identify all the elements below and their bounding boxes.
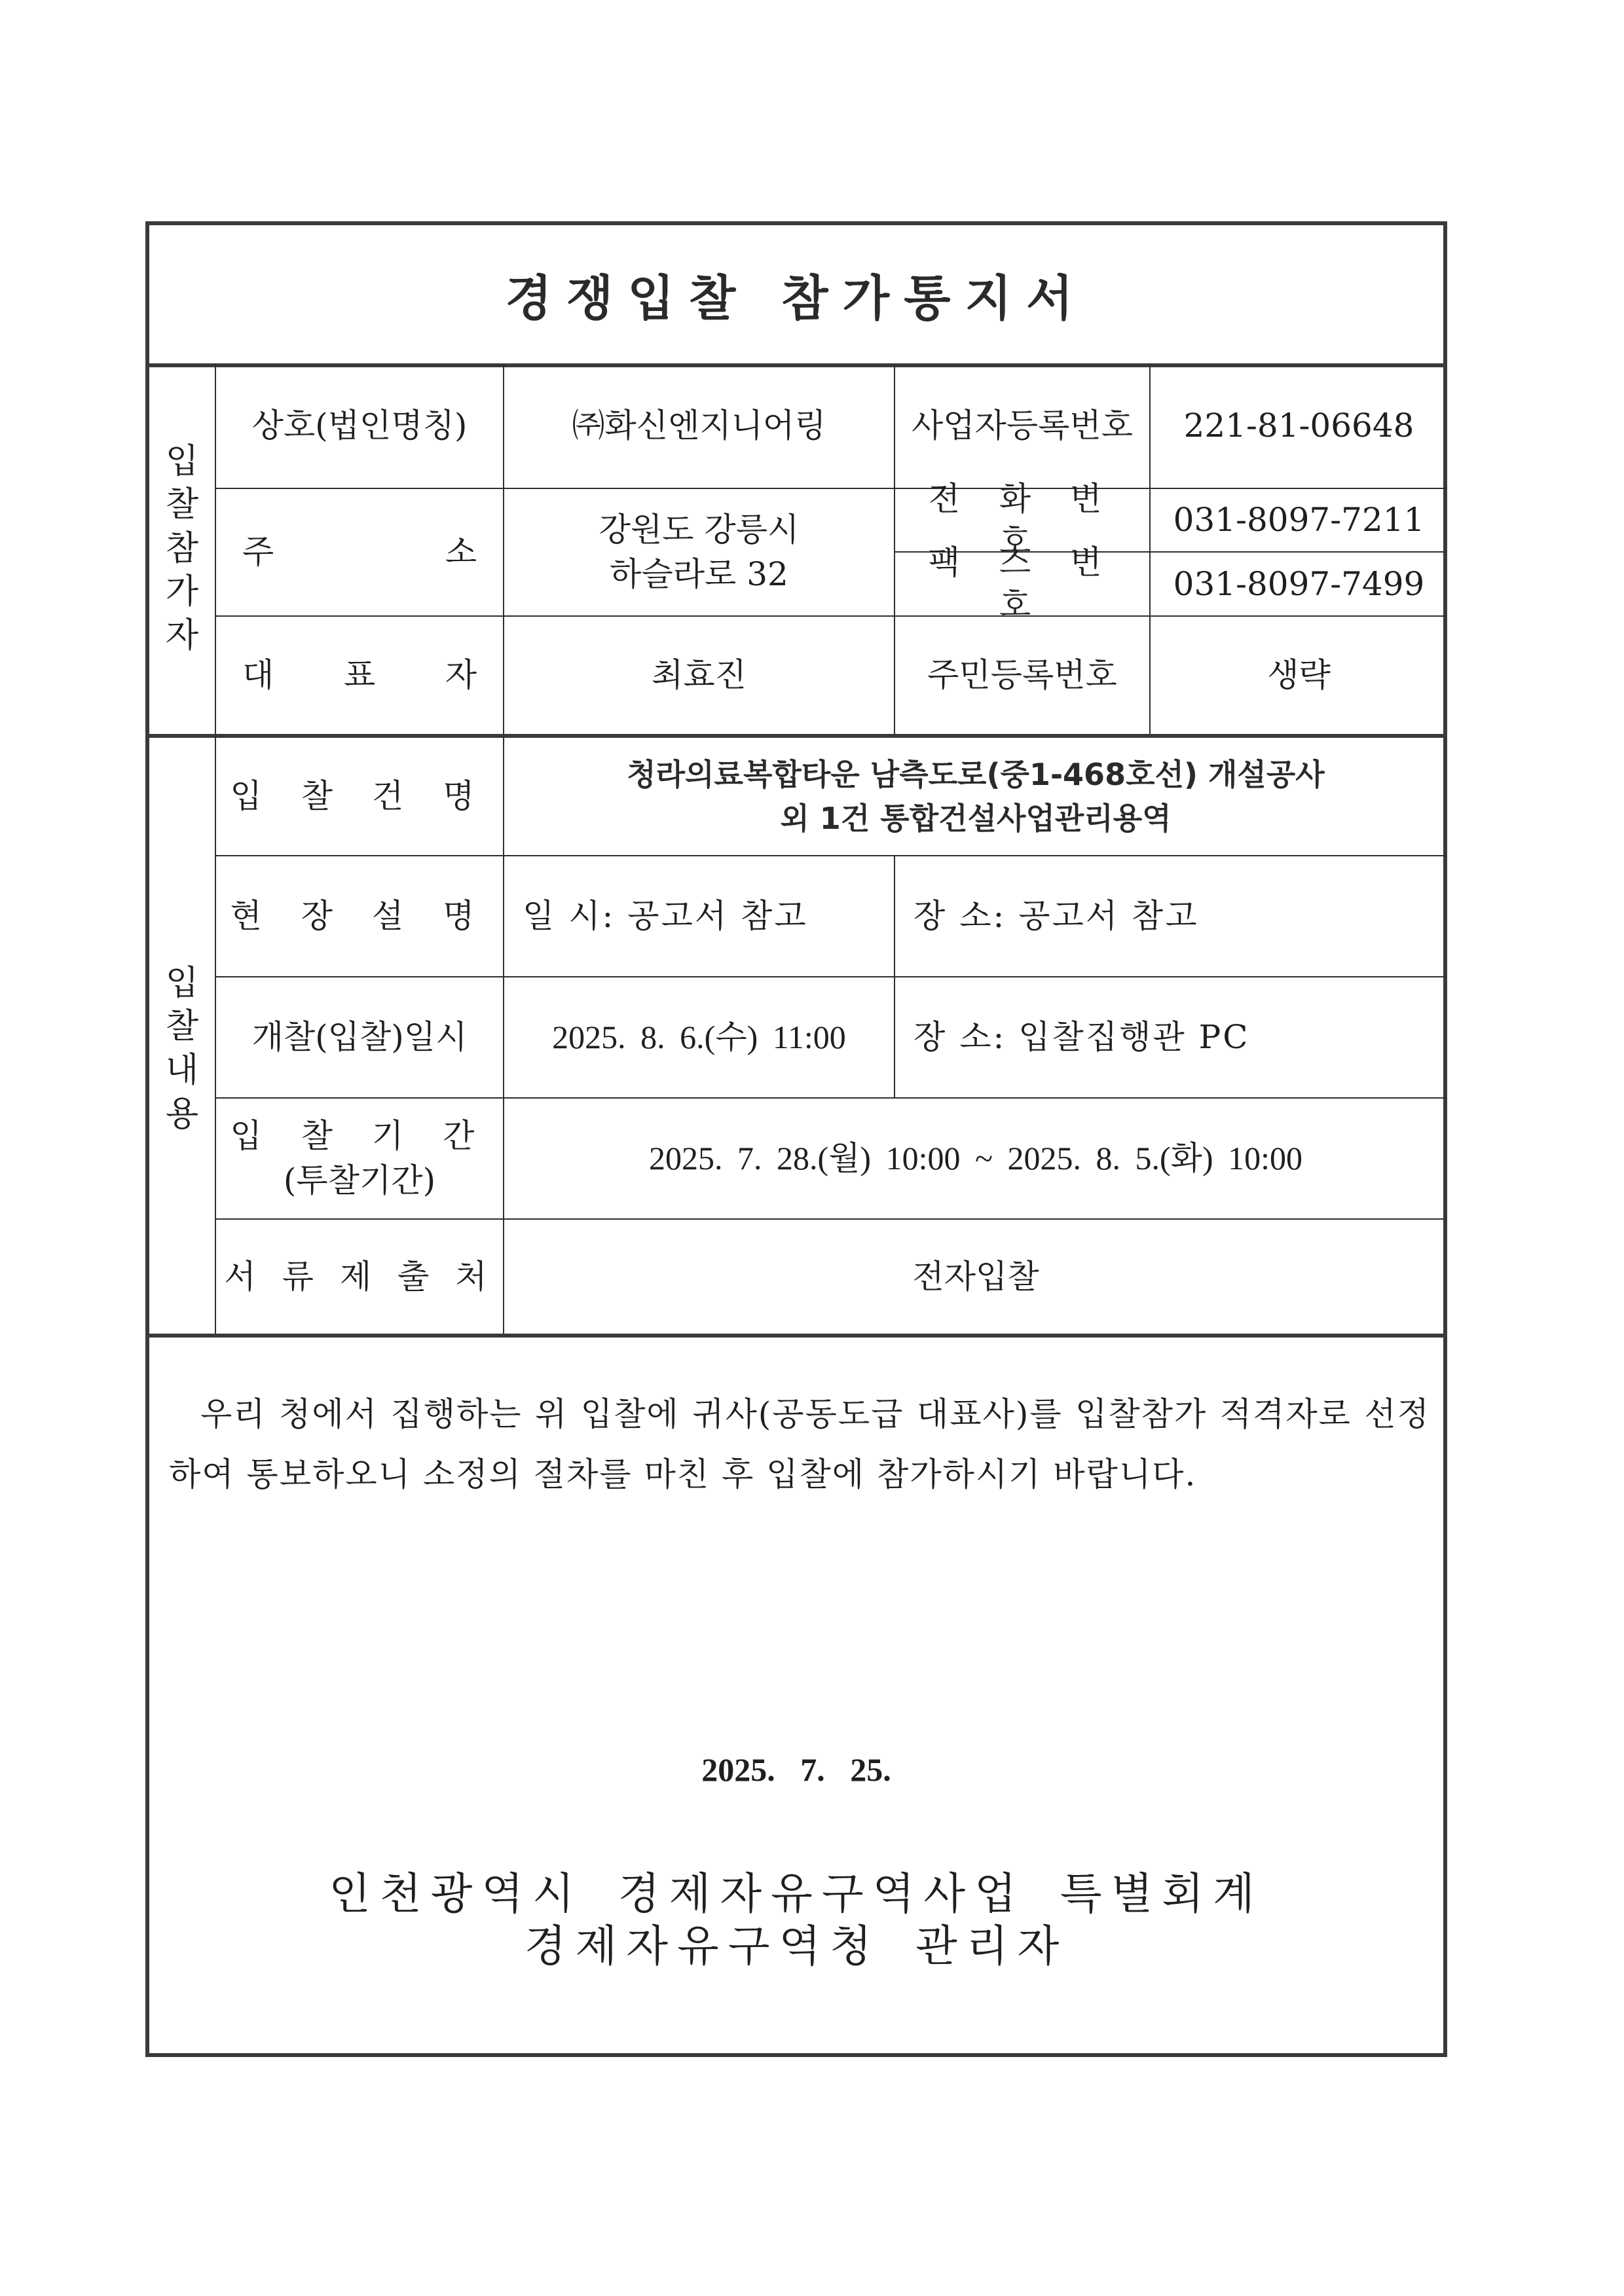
issue-date: 2025. 7. 25. <box>149 1751 1443 1789</box>
bid-notice-form: 경쟁입찰 참가통지서 입 찰 참 가 자 상호(법인명칭) ㈜화신엔지니어링 사… <box>145 221 1447 2057</box>
address-line-1: 강원도 강릉시 <box>599 508 800 553</box>
fax-label: 팩 스 번 호 <box>894 551 1149 615</box>
issuer-line-2: 경제자유구역청 관리자 <box>149 1911 1443 1973</box>
address-value: 강원도 강릉시 하슬라로 32 <box>503 488 894 615</box>
section-char: 찰 <box>166 483 198 527</box>
bid-period-label-line-1: 입 찰 기 간 <box>231 1114 489 1159</box>
bid-section-label: 입 찰 내 용 <box>149 734 215 1334</box>
opening-datetime-value: 2025. 8. 6.(수) 11:00 <box>503 976 894 1097</box>
site-briefing-label: 현 장 설 명 <box>215 855 503 976</box>
bid-period-value: 2025. 7. 28.(월) 10:00 ~ 2025. 8. 5.(화) 1… <box>503 1097 1447 1218</box>
section-char: 용 <box>166 1093 198 1137</box>
bid-name-label: 입 찰 건 명 <box>215 734 503 855</box>
resident-reg-label: 주민등록번호 <box>894 615 1149 734</box>
submission-label: 서 류 제 출 처 <box>215 1218 503 1334</box>
representative-label-char: 표 <box>344 654 375 697</box>
notice-statement: 우리 청에서 집행하는 위 입찰에 귀사(공동도급 대표사)를 입찰참가 적격자… <box>169 1384 1430 1504</box>
bid-name-value: 청라의료복합타운 남측도로(중1-468호선) 개설공사 외 1건 통합건설사업… <box>503 734 1447 855</box>
opening-datetime-label: 개찰(입찰)일시 <box>215 976 503 1097</box>
section-char: 입 <box>166 440 198 484</box>
bid-period-label: 입 찰 기 간 (투찰기간) <box>215 1097 503 1218</box>
participant-section-label: 입 찰 참 가 자 <box>149 363 215 734</box>
business-reg-value: 221-81-06648 <box>1149 363 1447 488</box>
phone-value: 031-8097-7211 <box>1149 488 1447 551</box>
representative-label-char: 대 <box>242 654 274 697</box>
fax-value: 031-8097-7499 <box>1149 551 1447 615</box>
section-char: 입 <box>166 962 198 1006</box>
site-briefing-time: 일 시: 공고서 참고 <box>503 855 894 976</box>
address-label-char: 소 <box>445 531 477 574</box>
bid-period-label-line-2: (투찰기간) <box>284 1159 435 1203</box>
notice-statement-text: 우리 청에서 집행하는 위 입찰에 귀사(공동도급 대표사)를 입찰참가 적격자… <box>169 1395 1430 1493</box>
section-char: 내 <box>166 1049 198 1093</box>
address-label: 주 소 <box>215 488 503 615</box>
section-char: 참 <box>166 527 198 571</box>
company-name-label: 상호(법인명칭) <box>215 363 503 488</box>
business-reg-label: 사업자등록번호 <box>894 363 1149 488</box>
address-label-char: 주 <box>242 531 274 574</box>
submission-value: 전자입찰 <box>503 1218 1447 1334</box>
representative-value: 최효진 <box>503 615 894 734</box>
section-char: 찰 <box>166 1005 198 1049</box>
resident-reg-value: 생략 <box>1149 615 1447 734</box>
document-title: 경쟁입찰 참가통지서 <box>505 260 1087 329</box>
opening-place: 장 소: 입찰집행관 PC <box>894 976 1447 1097</box>
representative-label-char: 자 <box>445 654 477 697</box>
section-char: 자 <box>166 614 198 658</box>
title-row: 경쟁입찰 참가통지서 <box>149 225 1443 367</box>
section-divider <box>149 1334 1443 1338</box>
company-name-value: ㈜화신엔지니어링 <box>503 363 894 488</box>
bid-name-line-2: 외 1건 통합건설사업관리용역 <box>780 797 1171 841</box>
address-line-2: 하슬라로 32 <box>610 553 788 597</box>
representative-label: 대 표 자 <box>215 615 503 734</box>
bid-name-line-1: 청라의료복합타운 남측도로(중1-468호선) 개설공사 <box>627 753 1324 797</box>
site-briefing-place: 장 소: 공고서 참고 <box>894 855 1447 976</box>
section-char: 가 <box>166 570 198 614</box>
